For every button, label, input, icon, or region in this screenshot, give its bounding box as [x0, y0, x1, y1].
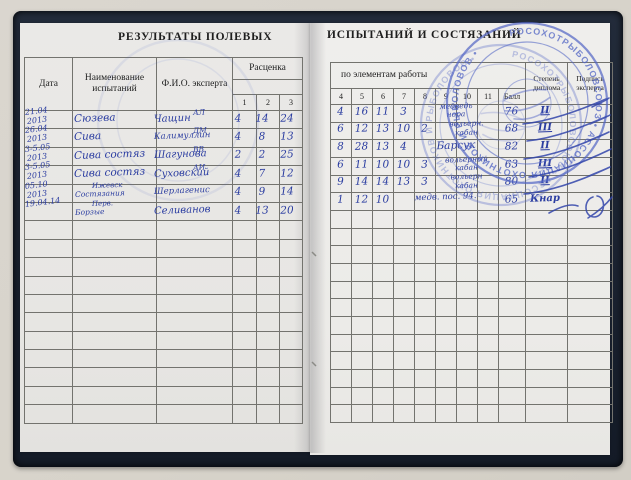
empty-cell [331, 105, 352, 123]
empty-cell [280, 184, 303, 202]
col-header-expert: Ф.И.О. эксперта [157, 58, 233, 111]
empty-cell [352, 263, 373, 281]
empty-cell [568, 334, 613, 352]
empty-cell [394, 175, 415, 193]
empty-cell [280, 166, 303, 184]
empty-cell [457, 228, 478, 246]
empty-cell [436, 210, 457, 228]
empty-cell [568, 246, 613, 264]
empty-cell [499, 316, 526, 334]
empty-cell [257, 258, 280, 276]
elem-subcol-11: 11 [478, 89, 499, 105]
empty-cell [415, 193, 436, 211]
empty-cell [25, 386, 73, 404]
empty-cell [352, 405, 373, 423]
empty-cell [331, 334, 352, 352]
empty-cell [157, 368, 233, 386]
empty-cell [25, 147, 73, 165]
empty-cell [436, 122, 457, 140]
empty-cell [233, 368, 257, 386]
empty-cell [257, 166, 280, 184]
empty-cell [526, 210, 568, 228]
empty-cell [526, 281, 568, 299]
empty-cell [157, 386, 233, 404]
empty-cell [157, 405, 233, 423]
empty-cell [394, 140, 415, 158]
empty-cell [457, 122, 478, 140]
table-row [331, 334, 613, 352]
empty-cell [280, 386, 303, 404]
empty-cell [257, 368, 280, 386]
empty-cell [373, 334, 394, 352]
table-row [331, 299, 613, 317]
empty-cell [25, 239, 73, 257]
empty-cell [415, 246, 436, 264]
empty-cell [499, 193, 526, 211]
table-row [25, 405, 303, 423]
empty-cell [526, 263, 568, 281]
empty-cell [233, 129, 257, 147]
table-row [331, 281, 613, 299]
empty-cell [394, 369, 415, 387]
empty-cell [352, 140, 373, 158]
empty-cell [280, 294, 303, 312]
empty-cell [257, 111, 280, 129]
empty-cell [373, 405, 394, 423]
table-row [331, 228, 613, 246]
empty-cell [457, 105, 478, 123]
empty-cell [373, 228, 394, 246]
empty-cell [73, 350, 157, 368]
empty-cell [73, 331, 157, 349]
empty-cell [478, 369, 499, 387]
empty-cell [352, 281, 373, 299]
empty-cell [331, 369, 352, 387]
empty-cell [331, 299, 352, 317]
empty-cell [499, 228, 526, 246]
table-row [331, 175, 613, 193]
empty-cell [280, 331, 303, 349]
empty-cell [233, 350, 257, 368]
table-row [25, 276, 303, 294]
col-header-trial-name: Наименование испытаний [73, 58, 157, 111]
empty-cell [457, 263, 478, 281]
empty-cell [352, 387, 373, 405]
empty-cell [457, 281, 478, 299]
left-results-table: Дата Наименование испытаний Ф.И.О. экспе… [24, 57, 303, 424]
empty-cell [157, 184, 233, 202]
empty-cell [478, 263, 499, 281]
empty-cell [478, 140, 499, 158]
empty-cell [233, 221, 257, 239]
empty-cell [436, 334, 457, 352]
empty-cell [25, 276, 73, 294]
table-row [25, 184, 303, 202]
elem-subcol-9: 9 [436, 89, 457, 105]
empty-cell [25, 368, 73, 386]
empty-cell [457, 405, 478, 423]
empty-cell [331, 140, 352, 158]
empty-cell [436, 387, 457, 405]
empty-cell [568, 210, 613, 228]
empty-cell [331, 157, 352, 175]
empty-cell [499, 157, 526, 175]
empty-cell [73, 276, 157, 294]
empty-cell [394, 334, 415, 352]
empty-cell [394, 405, 415, 423]
empty-cell [73, 239, 157, 257]
empty-cell [257, 350, 280, 368]
empty-cell [331, 246, 352, 264]
empty-cell [157, 313, 233, 331]
table-row [25, 258, 303, 276]
empty-cell [73, 294, 157, 312]
empty-cell [373, 299, 394, 317]
empty-cell [436, 316, 457, 334]
empty-cell [478, 246, 499, 264]
empty-cell [373, 352, 394, 370]
table-row [331, 387, 613, 405]
empty-cell [373, 210, 394, 228]
empty-cell [568, 316, 613, 334]
table-row [25, 294, 303, 312]
empty-cell [436, 369, 457, 387]
empty-cell [478, 193, 499, 211]
empty-cell [568, 263, 613, 281]
empty-cell [436, 140, 457, 158]
empty-cell [25, 313, 73, 331]
elem-subcol-7: 7 [394, 89, 415, 105]
empty-cell [526, 369, 568, 387]
table-row [331, 352, 613, 370]
elem-subcol-4: 4 [331, 89, 352, 105]
table-row [25, 221, 303, 239]
empty-cell [25, 129, 73, 147]
empty-cell [478, 105, 499, 123]
empty-cell [25, 166, 73, 184]
empty-cell [478, 157, 499, 175]
table-row [25, 239, 303, 257]
empty-cell [526, 105, 568, 123]
empty-cell [157, 294, 233, 312]
empty-cell [25, 258, 73, 276]
empty-cell [157, 111, 233, 129]
empty-cell [457, 352, 478, 370]
empty-cell [499, 122, 526, 140]
empty-cell [415, 369, 436, 387]
empty-cell [499, 369, 526, 387]
empty-cell [568, 299, 613, 317]
empty-cell [526, 175, 568, 193]
rating-subcol-1: 1 [233, 95, 257, 111]
empty-cell [257, 294, 280, 312]
table-row [331, 316, 613, 334]
empty-cell [478, 122, 499, 140]
empty-cell [157, 258, 233, 276]
empty-cell [394, 387, 415, 405]
empty-cell [526, 405, 568, 423]
empty-cell [157, 350, 233, 368]
empty-cell [73, 386, 157, 404]
empty-cell [352, 228, 373, 246]
col-header-signature: Подпись эксперта [568, 63, 613, 105]
empty-cell [233, 313, 257, 331]
empty-cell [478, 316, 499, 334]
empty-cell [25, 294, 73, 312]
empty-cell [257, 386, 280, 404]
empty-cell [415, 140, 436, 158]
empty-cell [233, 166, 257, 184]
empty-cell [568, 369, 613, 387]
empty-cell [457, 175, 478, 193]
empty-cell [73, 202, 157, 220]
empty-cell [478, 299, 499, 317]
empty-cell [526, 122, 568, 140]
empty-cell [436, 105, 457, 123]
empty-cell [352, 175, 373, 193]
empty-cell [394, 281, 415, 299]
empty-cell [499, 334, 526, 352]
empty-cell [73, 129, 157, 147]
empty-cell [457, 193, 478, 211]
empty-cell [73, 368, 157, 386]
empty-cell [499, 175, 526, 193]
empty-cell [352, 352, 373, 370]
empty-cell [73, 166, 157, 184]
empty-cell [415, 387, 436, 405]
empty-cell [352, 334, 373, 352]
empty-cell [331, 316, 352, 334]
empty-cell [394, 210, 415, 228]
empty-cell [478, 405, 499, 423]
empty-cell [526, 228, 568, 246]
empty-cell [373, 175, 394, 193]
empty-cell [457, 299, 478, 317]
empty-cell [280, 239, 303, 257]
empty-cell [526, 352, 568, 370]
table-row [25, 350, 303, 368]
empty-cell [157, 221, 233, 239]
empty-cell [233, 405, 257, 423]
empty-cell [280, 350, 303, 368]
empty-cell [73, 111, 157, 129]
empty-cell [257, 276, 280, 294]
empty-cell [568, 405, 613, 423]
empty-cell [499, 405, 526, 423]
table-row [331, 193, 613, 211]
empty-cell [280, 202, 303, 220]
empty-cell [233, 258, 257, 276]
empty-cell [478, 352, 499, 370]
empty-cell [233, 184, 257, 202]
table-row [25, 331, 303, 349]
col-header-rating: Расценка [233, 58, 303, 80]
elem-subcol-8: 8 [415, 89, 436, 105]
table-row [331, 246, 613, 264]
empty-cell [280, 221, 303, 239]
empty-cell [233, 331, 257, 349]
empty-cell [233, 294, 257, 312]
empty-cell [373, 157, 394, 175]
table-row [331, 210, 613, 228]
empty-cell [436, 405, 457, 423]
empty-cell [415, 405, 436, 423]
empty-cell [352, 105, 373, 123]
empty-cell [499, 263, 526, 281]
left-page-title: РЕЗУЛЬТАТЫ ПОЛЕВЫХ [118, 31, 272, 43]
empty-cell [568, 352, 613, 370]
rating-blank-subheader [233, 80, 303, 95]
empty-cell [331, 387, 352, 405]
empty-cell [373, 140, 394, 158]
scanned-booklet: РЕЗУЛЬТАТЫ ПОЛЕВЫХ ИСПЫТАНИЙ И СОСТЯЗАНИ… [0, 0, 631, 480]
empty-cell [568, 281, 613, 299]
elem-subcol-6: 6 [373, 89, 394, 105]
empty-cell [233, 111, 257, 129]
table-row [25, 111, 303, 129]
empty-cell [436, 352, 457, 370]
empty-cell [157, 129, 233, 147]
empty-cell [568, 157, 613, 175]
empty-cell [331, 175, 352, 193]
empty-cell [233, 386, 257, 404]
empty-cell [280, 368, 303, 386]
empty-cell [373, 246, 394, 264]
empty-cell [25, 221, 73, 239]
empty-cell [373, 263, 394, 281]
empty-cell [394, 157, 415, 175]
empty-cell [25, 405, 73, 423]
empty-cell [526, 316, 568, 334]
empty-cell [415, 157, 436, 175]
rating-subcol-3: 3 [280, 95, 303, 111]
empty-cell [415, 263, 436, 281]
empty-cell [499, 105, 526, 123]
empty-cell [233, 239, 257, 257]
empty-cell [568, 193, 613, 211]
empty-cell [257, 202, 280, 220]
right-results-table: по элементам работы Степень диплома Подп… [330, 62, 613, 423]
empty-cell [394, 299, 415, 317]
empty-cell [415, 334, 436, 352]
table-row [331, 263, 613, 281]
empty-cell [25, 184, 73, 202]
table-row [331, 140, 613, 158]
empty-cell [373, 281, 394, 299]
empty-cell [331, 352, 352, 370]
table-row [331, 157, 613, 175]
empty-cell [457, 246, 478, 264]
col-header-degree: Степень диплома [526, 63, 568, 105]
empty-cell [394, 316, 415, 334]
empty-cell [457, 387, 478, 405]
empty-cell [25, 111, 73, 129]
empty-cell [499, 281, 526, 299]
empty-cell [415, 210, 436, 228]
empty-cell [499, 299, 526, 317]
empty-cell [436, 263, 457, 281]
empty-cell [352, 246, 373, 264]
empty-cell [457, 210, 478, 228]
empty-cell [568, 387, 613, 405]
empty-cell [373, 105, 394, 123]
empty-cell [280, 111, 303, 129]
empty-cell [526, 387, 568, 405]
table-row [25, 129, 303, 147]
empty-cell [373, 316, 394, 334]
empty-cell [25, 350, 73, 368]
elem-subcol-score: Балл [499, 89, 526, 105]
table-row [25, 386, 303, 404]
empty-cell [331, 263, 352, 281]
empty-cell [157, 147, 233, 165]
table-row [25, 202, 303, 220]
empty-cell [73, 184, 157, 202]
empty-cell [73, 313, 157, 331]
empty-cell [526, 299, 568, 317]
empty-cell [352, 122, 373, 140]
empty-cell [568, 140, 613, 158]
empty-cell [257, 405, 280, 423]
empty-cell [415, 228, 436, 246]
empty-cell [157, 331, 233, 349]
empty-cell [499, 246, 526, 264]
elem-subcol-10: 10 [457, 89, 478, 105]
empty-cell [457, 334, 478, 352]
empty-cell [394, 122, 415, 140]
empty-cell [73, 147, 157, 165]
empty-cell [457, 369, 478, 387]
empty-cell [394, 352, 415, 370]
empty-cell [73, 405, 157, 423]
empty-cell [280, 276, 303, 294]
empty-cell [73, 258, 157, 276]
empty-cell [257, 147, 280, 165]
table-row [331, 105, 613, 123]
empty-cell [457, 157, 478, 175]
empty-cell [478, 387, 499, 405]
empty-cell [257, 184, 280, 202]
empty-cell [352, 210, 373, 228]
empty-cell [436, 246, 457, 264]
empty-cell [499, 352, 526, 370]
empty-cell [457, 140, 478, 158]
table-row [25, 313, 303, 331]
empty-cell [478, 175, 499, 193]
empty-cell [280, 405, 303, 423]
empty-cell [257, 331, 280, 349]
empty-cell [415, 352, 436, 370]
empty-cell [352, 157, 373, 175]
empty-cell [331, 405, 352, 423]
empty-cell [394, 193, 415, 211]
empty-cell [233, 202, 257, 220]
empty-cell [478, 210, 499, 228]
empty-cell [331, 281, 352, 299]
empty-cell [457, 316, 478, 334]
empty-cell [233, 147, 257, 165]
empty-cell [568, 228, 613, 246]
empty-cell [436, 193, 457, 211]
empty-cell [257, 313, 280, 331]
empty-cell [478, 228, 499, 246]
empty-cell [436, 228, 457, 246]
table-row [331, 369, 613, 387]
empty-cell [436, 157, 457, 175]
table-row [331, 405, 613, 423]
empty-cell [331, 228, 352, 246]
table-row [25, 166, 303, 184]
